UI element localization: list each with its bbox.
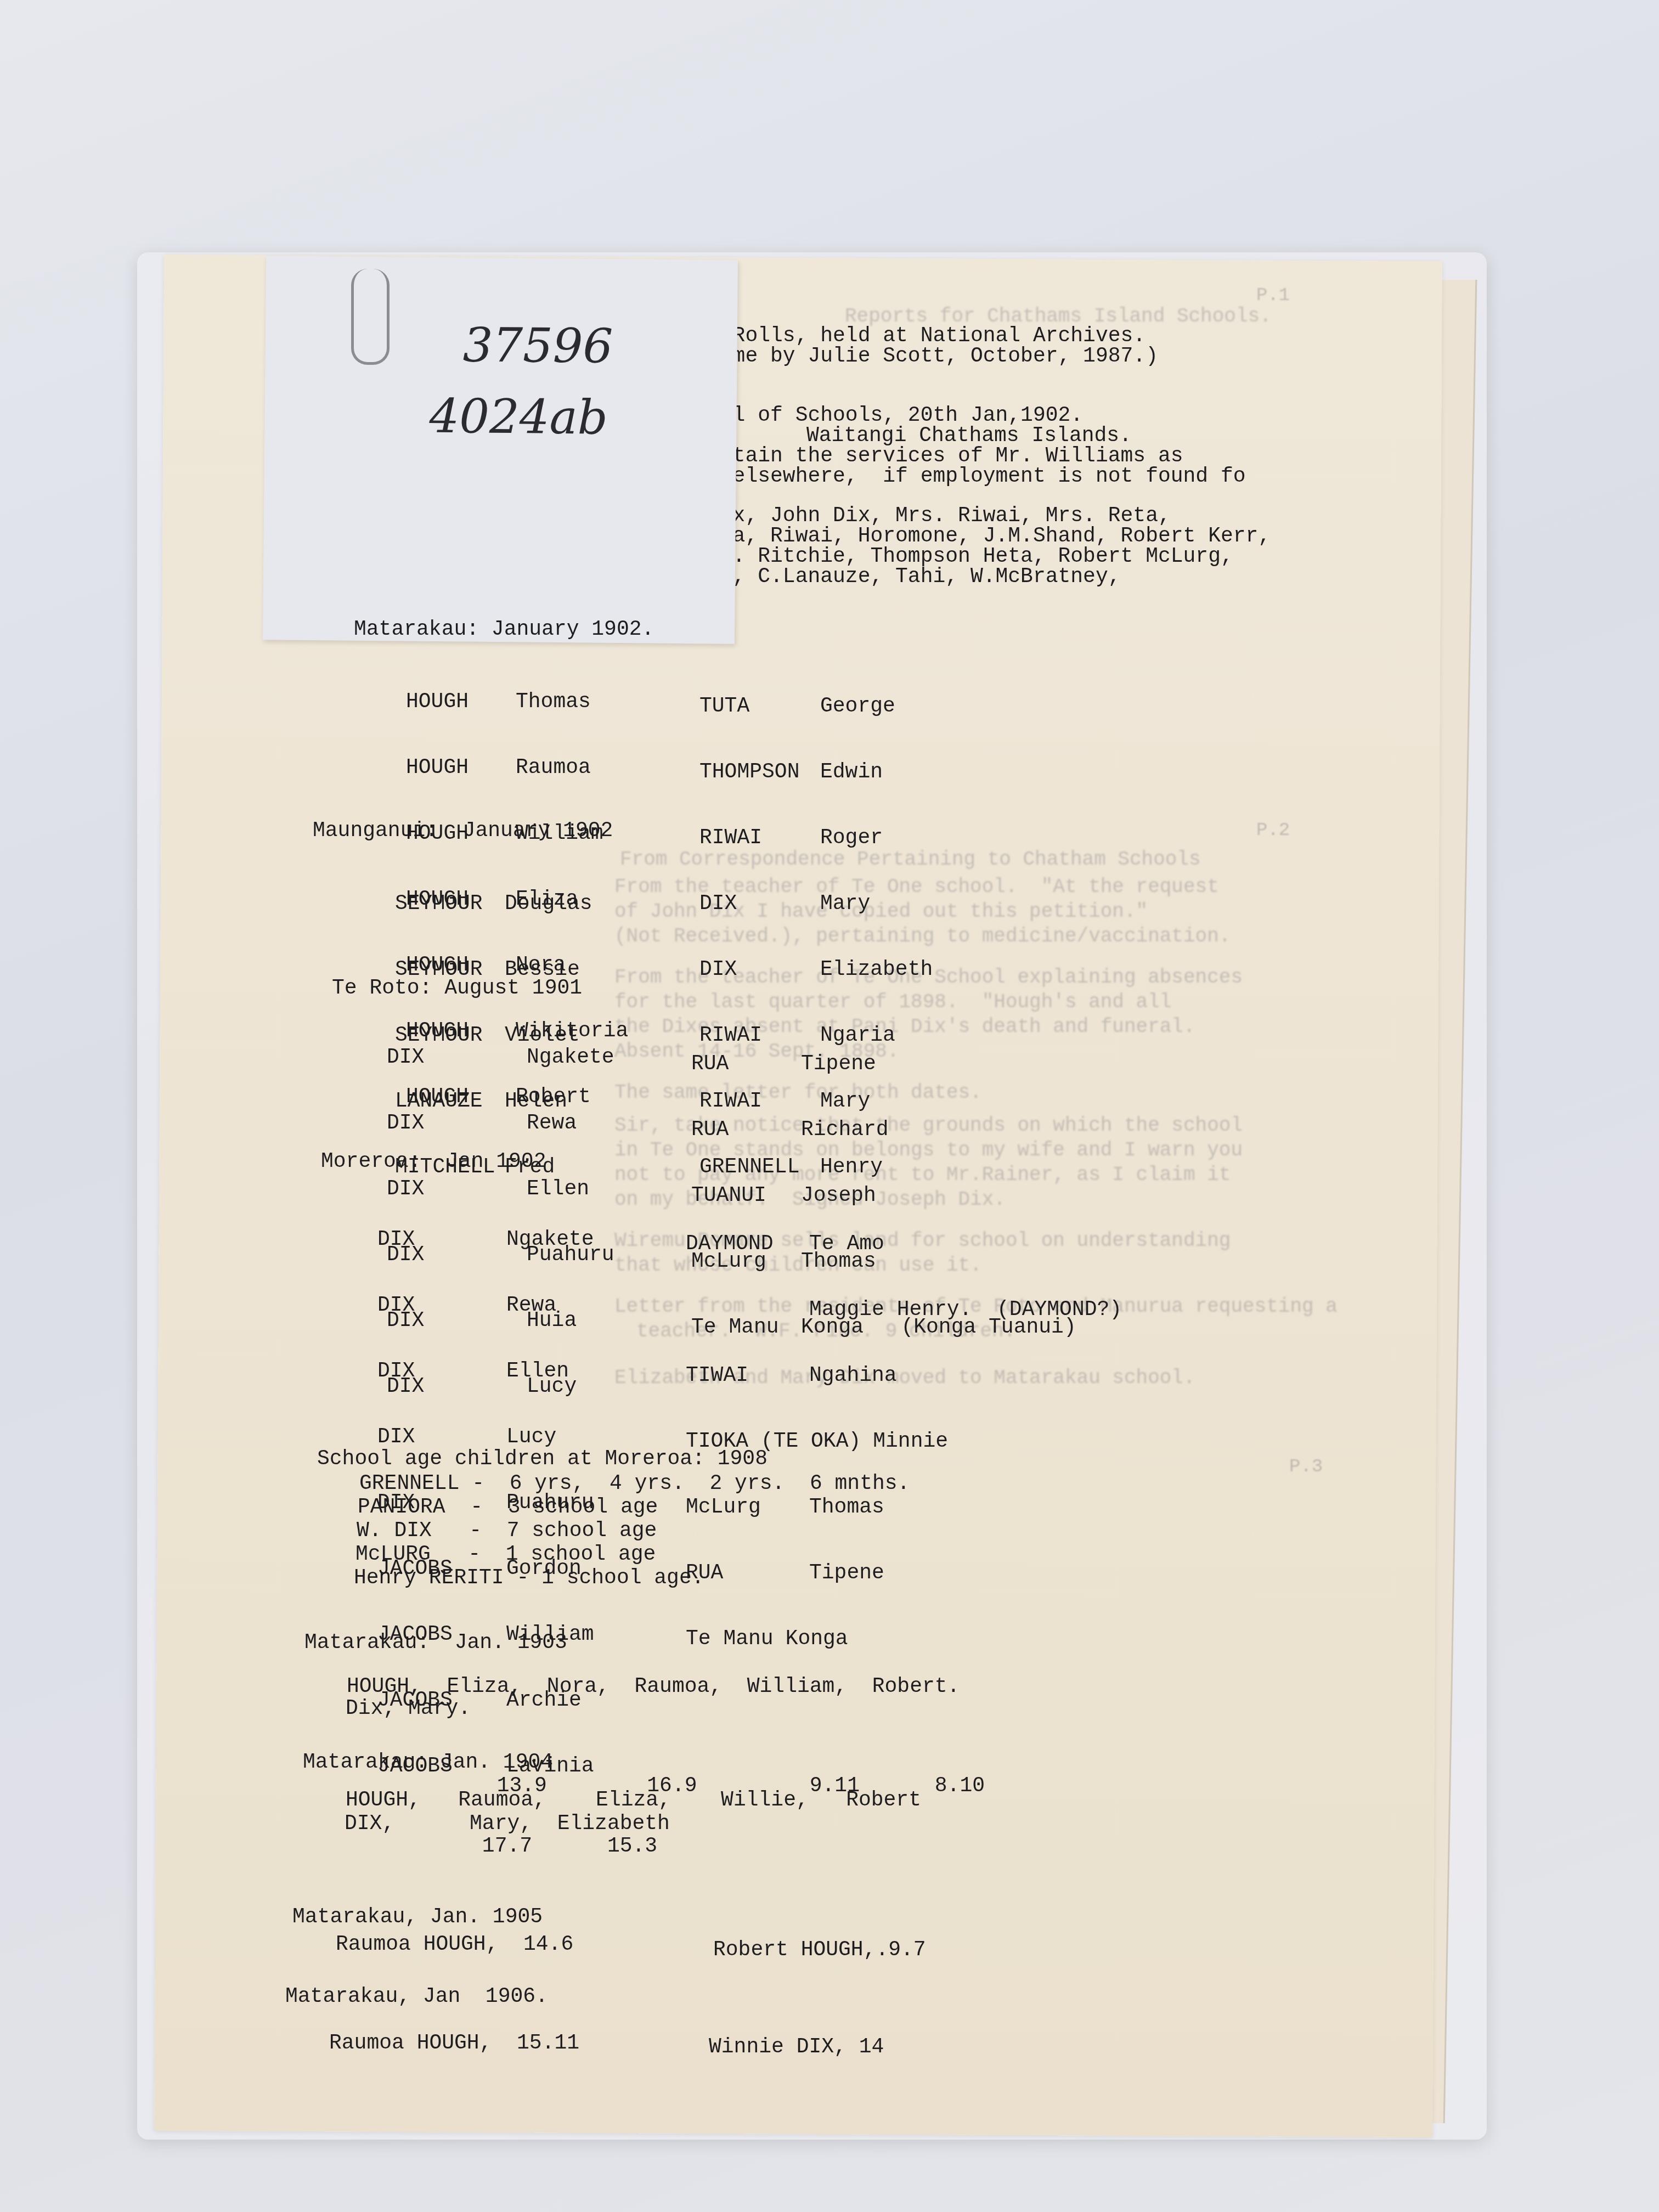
roll-entry: Raumoa HOUGH, 14.6 bbox=[336, 1934, 573, 1956]
handwritten-code: 4024ab bbox=[429, 389, 608, 445]
roll-row: McLurgThomas bbox=[686, 1497, 1122, 1519]
roll-row: HOUGHThomas bbox=[406, 691, 628, 713]
roll-row: DIXElizabeth bbox=[699, 959, 933, 981]
roll-row: DIXNgakete bbox=[377, 1229, 594, 1251]
header-line: Waitangi Chathams Islands. bbox=[806, 425, 1132, 447]
roll-row: RUARichard bbox=[691, 1119, 1076, 1141]
page-number-p1: P.1 bbox=[1256, 285, 1290, 306]
roll-row: HOUGHRaumoa bbox=[406, 757, 628, 779]
section-heading: Matarakau, Jan 1906. bbox=[285, 1986, 548, 2008]
section-heading: Matarakau: January 1902. bbox=[354, 619, 654, 641]
roll-line: DIX, Mary, Elizabeth bbox=[345, 1813, 670, 1835]
paperclip-icon bbox=[351, 269, 390, 365]
roll-right: DAYMONDTe Amo Maggie Henry. (DAYMOND?) T… bbox=[686, 1189, 1122, 1672]
roll-row: Maggie Henry. (DAYMOND?) bbox=[686, 1299, 1122, 1321]
section-heading: Matarakau, Jan. 1905 bbox=[292, 1906, 543, 1928]
roll-row: Te ManuKonga bbox=[686, 1628, 1122, 1650]
roll-row: DIXMary bbox=[699, 893, 933, 915]
roll-row: SEYMOURDouglas bbox=[395, 893, 592, 915]
header-line: d elsewhere, if employment is not found … bbox=[708, 466, 1246, 488]
roll-row: DAYMONDTe Amo bbox=[686, 1233, 1122, 1255]
header-line: o me by Julie Scott, October, 1987.) bbox=[708, 346, 1158, 368]
roll-entry: Raumoa HOUGH, 15.11 bbox=[329, 2033, 579, 2055]
age-line: PANIORA - 3 school age bbox=[358, 1497, 658, 1519]
roll-row: TUTAGeorge bbox=[699, 696, 933, 718]
roll-row: THOMPSONEdwin bbox=[699, 761, 933, 783]
header-line: lt, C.Lanauze, Tahi, W.McBratney, bbox=[708, 566, 1121, 588]
roll-line: Dix, Mary. bbox=[346, 1698, 471, 1720]
roll-row: DIXEllen bbox=[377, 1361, 594, 1383]
roll-row: RIWAIRoger bbox=[699, 827, 933, 849]
roll-row: RUATipene bbox=[691, 1053, 1076, 1075]
header-line: l Rolls, held at National Archives. bbox=[708, 325, 1145, 347]
roll-row: TIWAINgahina bbox=[686, 1365, 1122, 1387]
page-number-p2: P.2 bbox=[1256, 820, 1290, 841]
roll-entry: Winnie DIX, 14 bbox=[709, 2036, 884, 2058]
roll-line: HOUGH, Raumoa, Eliza, Willie, Robert bbox=[346, 1790, 921, 1812]
header-line: Dix, John Dix, Mrs. Riwai, Mrs. Reta, bbox=[708, 505, 1171, 527]
header-line: retain the services of Mr. Williams as bbox=[708, 445, 1183, 467]
header-line: ral of Schools, 20th Jan,1902. bbox=[708, 405, 1083, 427]
page-number-p3: P.3 bbox=[1289, 1457, 1323, 1477]
age-line: GRENNELL - 6 yrs, 4 yrs. 2 yrs. 6 mnths. bbox=[359, 1473, 910, 1495]
catalog-label: 37596 4024ab bbox=[263, 256, 738, 644]
ages-row: 17.7 15.3 bbox=[345, 1836, 657, 1858]
roll-entry: Robert HOUGH,.9.7 bbox=[713, 1939, 926, 1961]
age-line: W. DIX - 7 school age bbox=[357, 1520, 657, 1542]
age-line: Henry RERITI - 1 school age. bbox=[354, 1567, 704, 1589]
roll-row: DIXNgakete bbox=[387, 1047, 614, 1069]
section-heading: Moreroa: Jan 1902 bbox=[321, 1151, 546, 1173]
header-line: Rua, Riwai, Horomone, J.M.Shand, Robert … bbox=[708, 526, 1271, 548]
header-line: os. Ritchie, Thompson Heta, Robert McLur… bbox=[708, 546, 1233, 568]
section-heading: Maunganui: January 1902 bbox=[313, 820, 613, 842]
roll-row: DIXRewa bbox=[387, 1113, 614, 1135]
roll-line: HOUGH, Eliza, Nora, Raumoa, William, Rob… bbox=[347, 1676, 960, 1698]
section-heading: Matarakau: Jan. 1903 bbox=[304, 1632, 567, 1654]
handwritten-number: 37596 bbox=[462, 318, 613, 374]
roll-row: RUATipene bbox=[686, 1562, 1122, 1584]
section-heading: School age children at Moreroa: 1908 bbox=[317, 1448, 768, 1470]
section-heading: Te Roto: August 1901 bbox=[332, 978, 582, 1000]
roll-row: DIXLucy bbox=[377, 1426, 594, 1448]
age-line: McLURG - 1 school age bbox=[356, 1544, 656, 1566]
roll-row: DIXRewa bbox=[377, 1295, 594, 1317]
section-heading: Matarakau: Jan. 1904 bbox=[303, 1752, 553, 1774]
